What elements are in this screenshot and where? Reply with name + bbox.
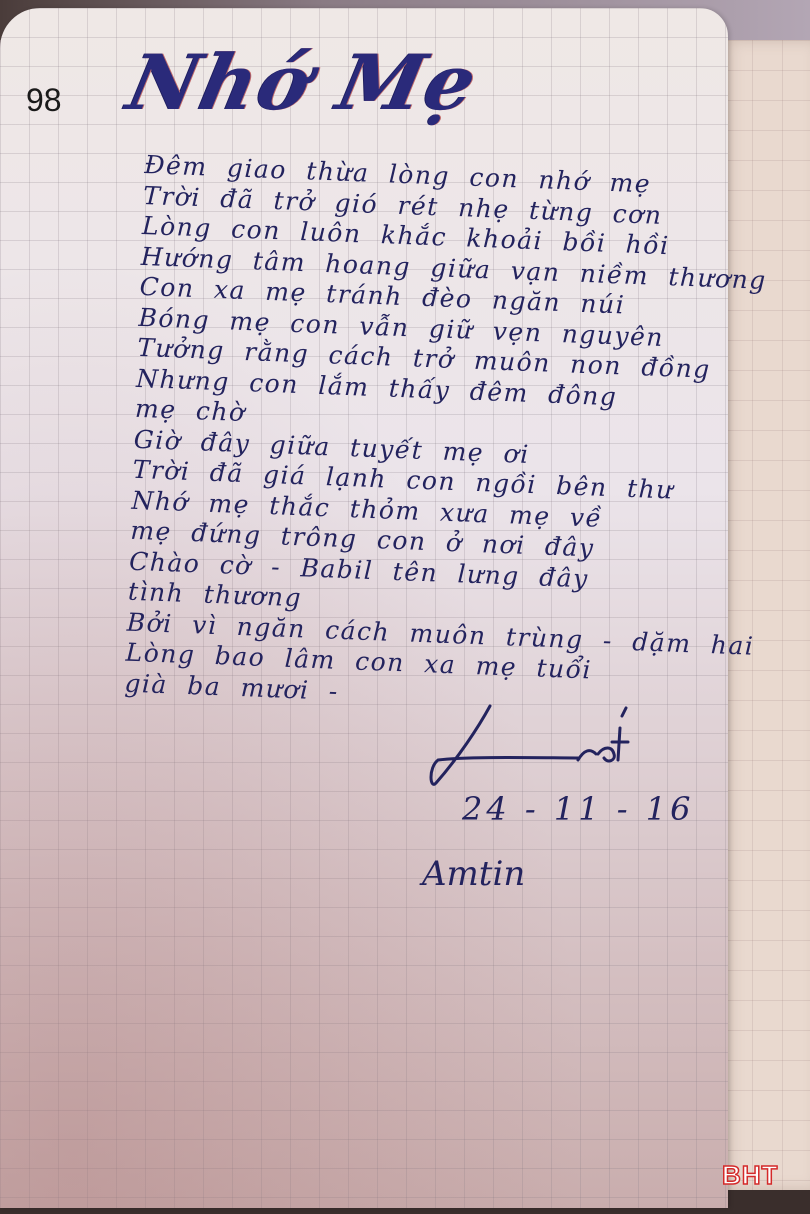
notebook-page: 98 Nhớ Mẹ Đêm giao thừa lòng con nhớ mẹ … (0, 8, 728, 1208)
next-page (722, 40, 810, 1190)
place-signature: Amtin (422, 854, 525, 894)
signature (428, 698, 668, 798)
signature-stroke-icon (428, 698, 668, 798)
date: 24 - 11 - 16 (462, 790, 694, 828)
poem-title: Nhớ Mẹ (121, 38, 486, 127)
page-number: 98 (26, 82, 62, 119)
poem-body: Đêm giao thừa lòng con nhớ mẹ Trời đã tr… (124, 150, 720, 721)
watermark-logo: BHT (722, 1160, 778, 1191)
